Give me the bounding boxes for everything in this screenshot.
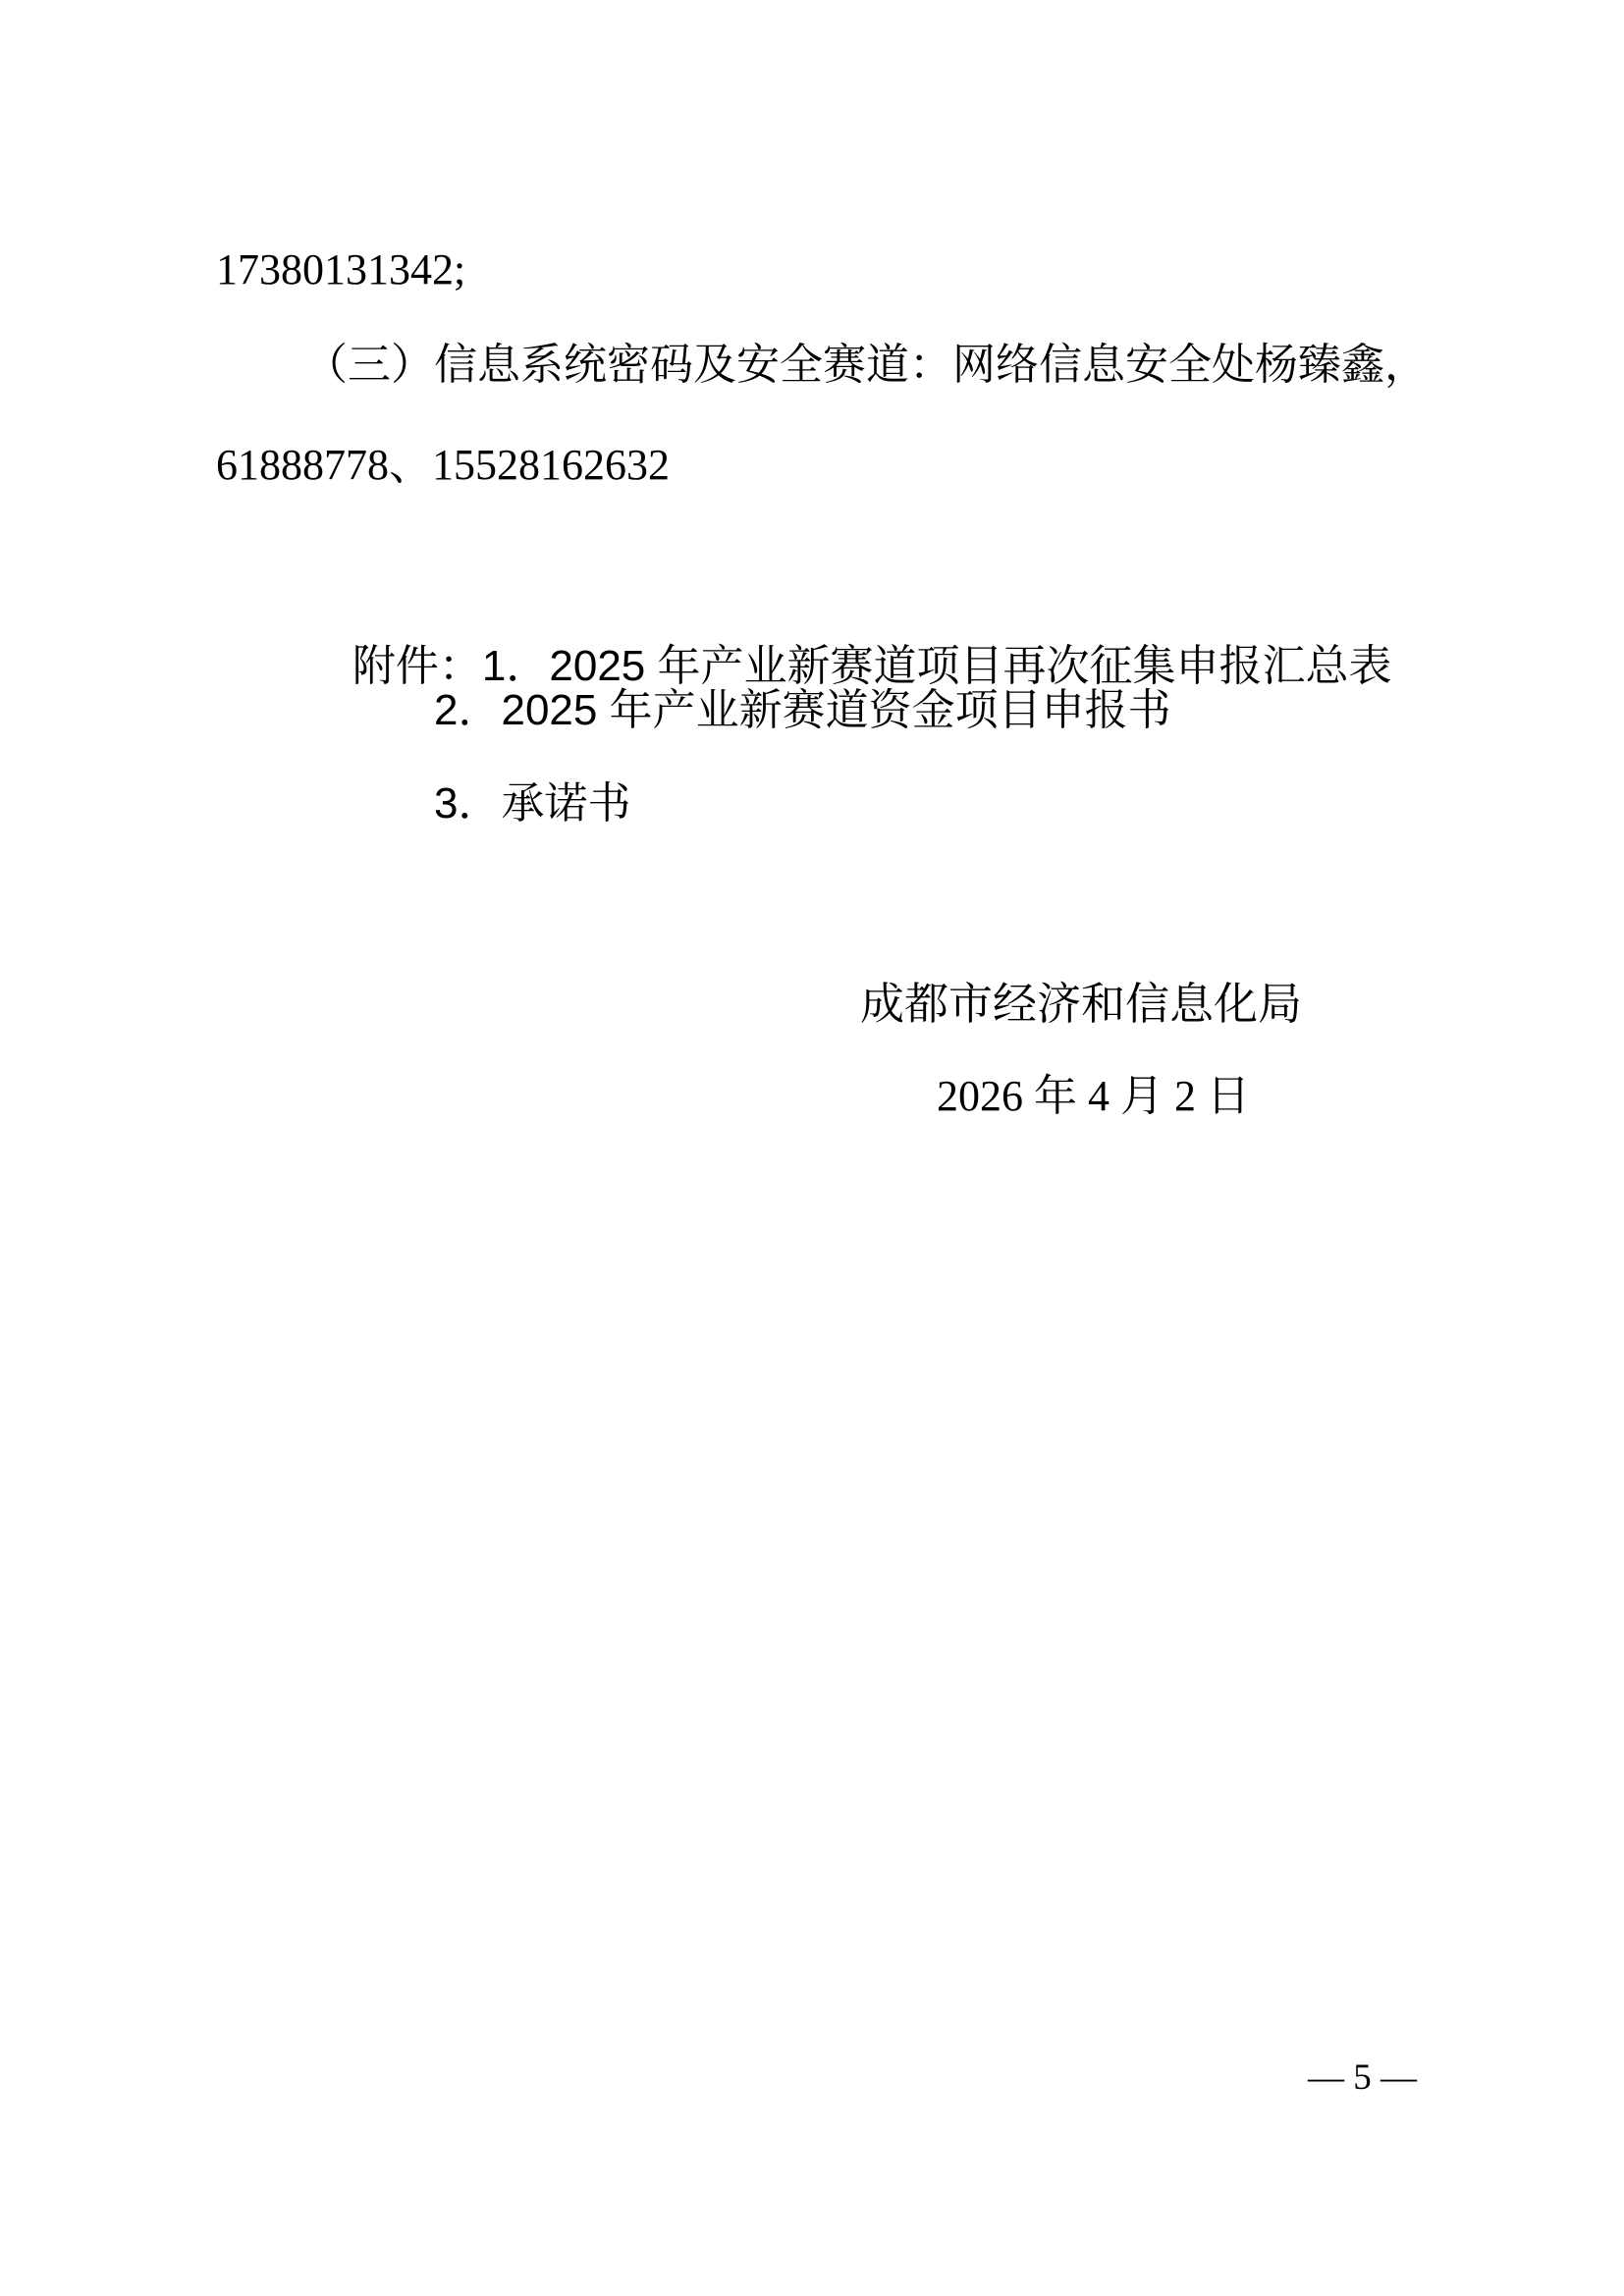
issuer-signature: 成都市经济和信息化局 [860,979,1302,1030]
document-page: 17380131342; （三）信息系统密码及安全赛道：网络信息安全处杨臻鑫， … [0,0,1624,2296]
attachment-item-3: 3．承诺书 [434,779,630,829]
issue-date: 2026 年 4 月 2 日 [937,1072,1250,1122]
attachments-label: 附件： [352,642,482,690]
attachment-item-2: 2．2025 年产业新赛道资金项目申报书 [434,686,1171,736]
contact-phone-line-1: 17380131342; [216,245,465,295]
page-number: — 5 — [1308,2057,1417,2100]
attachment-item-1: 1．2025 年产业新赛道项目再次征集申报汇总表 [482,642,1392,690]
contact-phone-line-2: 61888778、15528162632 [216,441,670,491]
section-heading-track-3: （三）信息系统密码及安全赛道：网络信息安全处杨臻鑫， [304,341,1428,391]
